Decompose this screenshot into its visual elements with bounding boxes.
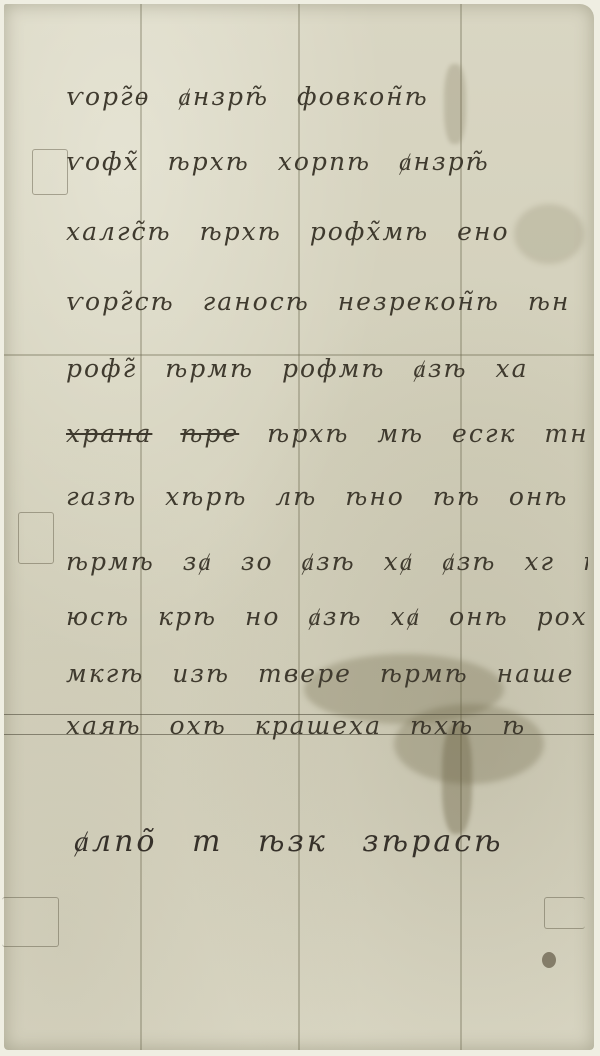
text-line-3: халгс̃ѣ ѣрхѣ рофх̃мѣ ено bbox=[66, 217, 588, 246]
struck-word: храна bbox=[66, 419, 152, 448]
water-stain bbox=[442, 724, 472, 834]
text-line-2: ѵофх̃ ѣрхѣ хорпѣ ⱥнзрѣ̃ bbox=[66, 147, 588, 177]
text-line-9: юсѣ крѣ но ⱥзѣ хⱥ онѣ рохѣ ѣрм bbox=[66, 602, 588, 632]
seal-mark bbox=[544, 897, 585, 929]
text-line-7: газѣ хѣрѣ лѣ ѣно ѣѣ онѣ кѣ bbox=[66, 482, 588, 511]
text-line-1: ѵорг̃ѳ ⱥнзрѣ̃ фовкон̃ѣ bbox=[66, 82, 588, 112]
ink-spot bbox=[542, 952, 556, 968]
text-line-5: рофг̃ ѣрмѣ рофмѣ ⱥзѣ ха bbox=[66, 354, 588, 384]
manuscript-sheet: ѵорг̃ѳ ⱥнзрѣ̃ фовкон̃ѣ ѵофх̃ ѣрхѣ хорпѣ … bbox=[4, 4, 594, 1050]
struck-word: ѣре bbox=[180, 419, 239, 448]
signature: ⱥлпо̃ т ѣзк зѣрасѣ bbox=[74, 824, 503, 859]
text-line-4: ѵорг̃сѣ ганосѣ незрекон̃ѣ ѣн bbox=[66, 287, 588, 316]
text-line-8: ѣрмѣ зⱥ зо ⱥзѣ хⱥ ⱥзѣ хг ѣ онѣ bbox=[66, 547, 588, 577]
text-line-6: храна ѣре ѣрхѣ мѣ есгк тнаш bbox=[66, 419, 588, 448]
seal-mark bbox=[32, 149, 68, 195]
seal-mark bbox=[2, 897, 59, 947]
seal-mark bbox=[18, 512, 54, 564]
line-remainder: ѣрхѣ мѣ есгк тнаш bbox=[267, 419, 588, 448]
text-line-11: хаяѣ охѣ крашеха ѣхѣ ѣ bbox=[66, 711, 588, 740]
text-line-10: мкгѣ изѣ твере ѣрмѣ наше ѣнохѣ bbox=[66, 659, 588, 688]
